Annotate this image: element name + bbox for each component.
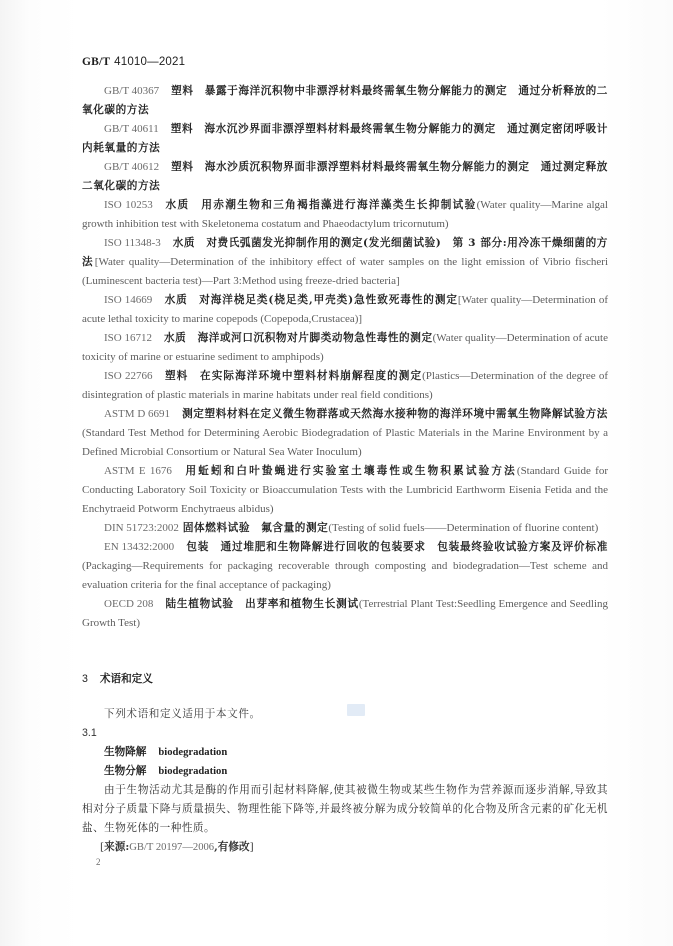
standard-prefix: GB/T <box>82 56 110 68</box>
standard-number: 41010—2021 <box>114 56 185 68</box>
reference-cn-title: 固体燃料试验 氟含量的测定 <box>183 522 329 534</box>
reference-item: DIN 51723:2002固体燃料试验 氟含量的测定(Testing of s… <box>82 519 608 538</box>
reference-code: ISO 10253 <box>104 199 153 211</box>
reference-en-title: (Packaging—Requirements for packaging re… <box>82 560 608 591</box>
watermark-logo-icon <box>347 704 365 716</box>
reference-code: EN 13432:2000 <box>104 541 174 553</box>
term-preferred: 生物降解biodegradation <box>82 743 608 762</box>
reference-item: ISO 14669水质 对海洋桡足类(桡足类,甲壳类)急性致死毒性的测定[Wat… <box>82 291 608 329</box>
reference-cn-title: 测定塑料材料在定义微生物群落或天然海水接种物的海洋环境中需氧生物降解试验方法 <box>182 408 608 420</box>
term-cn: 生物分解 <box>104 765 146 777</box>
reference-code: GB/T 40367 <box>104 85 159 97</box>
source-label: 来源: <box>104 841 129 853</box>
term-source: [来源:GB/T 20197—2006,有修改] <box>82 838 608 857</box>
reference-cn-title: 用蚯蚓和白叶蛰蝇进行实验室土壤毒性或生物积累试验方法 <box>184 465 517 477</box>
reference-cn-title: 包装 通过堆肥和生物降解进行回收的包装要求 包装最终验收试验方案及评价标准 <box>186 541 608 553</box>
reference-en-title: (Testing of solid fuels——Determination o… <box>328 522 598 534</box>
term-definition: 由于生物活动尤其是酶的作用而引起材料降解,使其被微生物或某些生物作为营养源而逐步… <box>82 781 608 838</box>
reference-code: ISO 14669 <box>104 294 152 306</box>
reference-code: ISO 22766 <box>104 370 152 382</box>
document-page: GB/T 41010—2021 GB/T 40367塑料 暴露于海洋沉积物中非漂… <box>0 0 673 946</box>
page-number: 2 <box>96 857 101 867</box>
reference-item: EN 13432:2000包装 通过堆肥和生物降解进行回收的包装要求 包装最终验… <box>82 538 608 595</box>
reference-item: GB/T 40611塑料 海水沉沙界面非漂浮塑料材料最终需氧生物分解能力的测定 … <box>82 120 608 158</box>
term-number: 3.1 <box>82 724 608 743</box>
section-title: 术语和定义 <box>100 673 153 685</box>
reference-cn-title: 塑料 在实际海洋环境中塑料材料崩解程度的测定 <box>164 370 422 382</box>
reference-cn-title: 水质 用赤潮生物和三角褐指藻进行海洋藻类生长抑制试验 <box>165 199 477 211</box>
reference-item: ASTM E 1676用蚯蚓和白叶蛰蝇进行实验室土壤毒性或生物积累试验方法(St… <box>82 462 608 519</box>
reference-code: ISO 11348-3 <box>104 237 161 249</box>
term-en: biodegradation <box>158 747 227 758</box>
term-cn: 生物降解 <box>104 746 146 758</box>
bracket-close: ] <box>250 841 254 853</box>
reference-code: ISO 16712 <box>104 332 152 344</box>
reference-cn-title: 水质 对海洋桡足类(桡足类,甲壳类)急性致死毒性的测定 <box>164 294 458 306</box>
reference-en-title: [Water quality—Determination of the inhi… <box>82 256 608 287</box>
reference-code: OECD 208 <box>104 598 153 610</box>
term-en: biodegradation <box>158 766 227 777</box>
reference-cn-title: 塑料 海水沙质沉积物界面非漂浮塑料材料最终需氧生物分解能力的测定 通过测定释放二… <box>82 161 608 192</box>
reference-item: ISO 10253水质 用赤潮生物和三角褐指藻进行海洋藻类生长抑制试验(Wate… <box>82 196 608 234</box>
reference-code: ASTM D 6691 <box>104 408 170 420</box>
reference-code: ASTM E 1676 <box>104 465 172 477</box>
reference-code: DIN 51723:2002 <box>104 522 179 534</box>
section-heading: 3术语和定义 <box>82 670 608 689</box>
reference-cn-title: 水质 海洋或河口沉积物对片脚类动物急性毒性的测定 <box>164 332 433 344</box>
section-intro: 下列术语和定义适用于本文件。 <box>82 705 608 724</box>
reference-cn-title: 塑料 暴露于海洋沉积物中非漂浮材料最终需氧生物分解能力的测定 通过分析释放的二氧… <box>82 85 608 116</box>
reference-item: OECD 208陆生植物试验 出芽率和植物生长测试(Terrestrial Pl… <box>82 595 608 633</box>
term-admitted: 生物分解biodegradation <box>82 762 608 781</box>
reference-cn-title: 塑料 海水沉沙界面非漂浮塑料材料最终需氧生物分解能力的测定 通过测定密闭呼吸计内… <box>82 123 608 154</box>
normative-references-list: GB/T 40367塑料 暴露于海洋沉积物中非漂浮材料最终需氧生物分解能力的测定… <box>82 82 608 633</box>
source-note: ,有修改 <box>214 841 249 853</box>
section-number: 3 <box>82 673 88 685</box>
terms-and-definitions-section: 3术语和定义 下列术语和定义适用于本文件。 3.1 生物降解biodegrada… <box>82 670 608 857</box>
reference-item: ISO 16712水质 海洋或河口沉积物对片脚类动物急性毒性的测定(Water … <box>82 329 608 367</box>
reference-item: GB/T 40612塑料 海水沙质沉积物界面非漂浮塑料材料最终需氧生物分解能力的… <box>82 158 608 196</box>
reference-en-title: (Standard Test Method for Determining Ae… <box>82 427 608 458</box>
reference-item: ASTM D 6691测定塑料材料在定义微生物群落或天然海水接种物的海洋环境中需… <box>82 405 608 462</box>
reference-item: GB/T 40367塑料 暴露于海洋沉积物中非漂浮材料最终需氧生物分解能力的测定… <box>82 82 608 120</box>
source-reference: GB/T 20197—2006 <box>129 842 214 853</box>
reference-item: ISO 11348-3水质 对费氏弧菌发光抑制作用的测定(发光细菌试验) 第 3… <box>82 234 608 291</box>
standard-header: GB/T 41010—2021 <box>82 54 185 68</box>
reference-cn-title: 陆生植物试验 出芽率和植物生长测试 <box>165 598 359 610</box>
reference-code: GB/T 40612 <box>104 161 159 173</box>
reference-item: ISO 22766塑料 在实际海洋环境中塑料材料崩解程度的测定(Plastics… <box>82 367 608 405</box>
reference-code: GB/T 40611 <box>104 123 159 135</box>
